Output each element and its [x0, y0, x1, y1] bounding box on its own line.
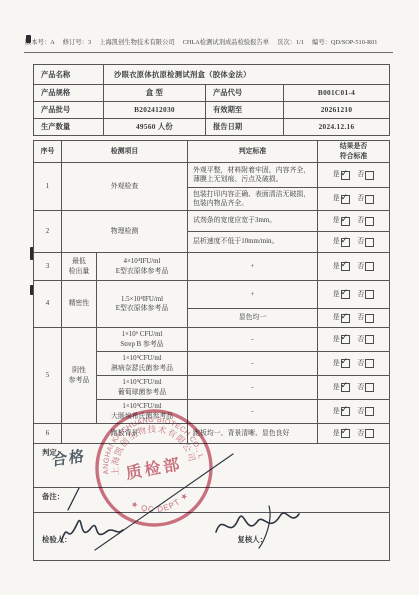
no-label: 否	[357, 290, 364, 299]
verdict-row: 判定：	[34, 444, 390, 488]
sample-cell: 1×10⁵CFU/ml 淋病奈瑟氏菌参考品	[97, 352, 188, 376]
table-header-row: 序号 检测项目 判定标准 结果是否 符合标准	[34, 141, 390, 163]
standard-cell: 跑板均一、背景清晰、显色良好	[188, 424, 318, 444]
report-date-value: 2024.12.16	[284, 119, 390, 136]
checkbox-yes-checked	[341, 217, 350, 226]
result-cell: 是 否	[318, 188, 390, 211]
no-label: 否	[357, 170, 364, 179]
standard-cell: +	[188, 253, 318, 281]
table-row: 生产数量 49560 人份 报告日期 2024.12.16	[34, 119, 390, 136]
product-name-value: 沙眼衣原体抗原检测试剂盒（胶体金法）	[104, 65, 390, 85]
item-physical: 物理检测	[62, 211, 188, 253]
checkbox-yes-checked	[341, 290, 350, 299]
result-cell: 是 否	[318, 232, 390, 253]
no-label: 否	[357, 216, 364, 225]
no-label: 否	[357, 237, 364, 246]
result-cell: 是 否	[318, 328, 390, 352]
standard-cell: 层析速度不低于10mm/min。	[188, 232, 318, 253]
yes-label: 是	[333, 262, 340, 271]
table-row: 4 精密性 1.5×10⁴IFU/ml E型衣原体参考品 + 是 否	[34, 281, 390, 309]
product-spec-value: 盒 型	[104, 85, 206, 102]
checkbox-yes-checked	[341, 359, 350, 368]
product-info-table: 产品名称 沙眼衣原体抗原检测试剂盒（胶体金法） 产品规格 盒 型 产品代号 B0…	[33, 64, 390, 136]
checkbox-yes-checked	[341, 195, 350, 204]
checkbox-yes-checked	[341, 314, 350, 323]
checkbox-yes-checked	[341, 383, 350, 392]
yes-label: 是	[333, 170, 340, 179]
sample-cell: 1×10⁶ CFU/ml Strep B 参考品	[97, 328, 188, 352]
inspector-label: 检验人：	[42, 535, 72, 545]
col-item-header: 检测项目	[62, 141, 188, 163]
standard-cell: -	[188, 376, 318, 400]
scan-artifact	[26, 35, 31, 43]
document-header-line: 版本号：A 修订号：3 上海凯创生物技术有限公司 CHLA检测试剂成品检验报告单…	[25, 37, 395, 46]
inspection-table: 序号 检测项目 判定标准 结果是否 符合标准 1 外观检查 外观平整，材料附着牢…	[33, 140, 390, 561]
checkbox-yes-checked	[341, 335, 350, 344]
no-label: 否	[357, 407, 364, 416]
row-no: 6	[34, 424, 62, 444]
standard-cell: 试剂条的宽度应宽于3mm。	[188, 211, 318, 232]
result-cell: 是 否	[318, 163, 390, 188]
standard-cell: -	[188, 352, 318, 376]
checkbox-yes-checked	[341, 171, 350, 180]
table-row: 产品批号 B202412030 有效期至 20261210	[34, 102, 390, 119]
yes-label: 是	[333, 194, 340, 203]
company-name: 上海凯创生物技术有限公司	[99, 37, 175, 46]
checkbox-no	[365, 429, 374, 438]
result-cell: 是 否	[318, 281, 390, 309]
sample-cell: 4×10⁴IFU/ml E型衣原体参考品	[97, 253, 188, 281]
revision-label: 修订号：3	[63, 37, 91, 46]
sample-cell: 1×10⁵CFU/ml 葡萄球菌参考品	[97, 376, 188, 400]
checkbox-yes-checked	[341, 262, 350, 271]
checkbox-no	[365, 314, 374, 323]
quantity-label: 生产数量	[34, 119, 104, 136]
remark-row: 备注：	[34, 488, 390, 513]
table-row: 产品规格 盒 型 产品代号 B001C01-4	[34, 85, 390, 102]
row-no: 5	[34, 328, 62, 424]
row-no: 4	[34, 281, 62, 328]
result-cell: 是 否	[318, 309, 390, 328]
yes-label: 是	[333, 383, 340, 392]
item-negative-reference: 阴性 参考品	[62, 328, 97, 424]
expiry-label: 有效期至	[206, 102, 284, 119]
checkbox-yes-checked	[341, 238, 350, 247]
item-background: 跑板背景	[62, 424, 188, 444]
document-number: 编号：QD/SOP-510-R01	[312, 37, 377, 46]
sample-cell: 1×10⁵CFU/ml 大肠埃希氏菌参考品	[97, 400, 188, 424]
batch-value: B202412030	[104, 102, 206, 119]
checkbox-no	[365, 171, 374, 180]
batch-label: 产品批号	[34, 102, 104, 119]
yes-label: 是	[333, 216, 340, 225]
table-row: 2 物理检测 试剂条的宽度应宽于3mm。 是 否	[34, 211, 390, 232]
yes-label: 是	[333, 429, 340, 438]
no-label: 否	[357, 429, 364, 438]
yes-label: 是	[333, 335, 340, 344]
yes-label: 是	[333, 313, 340, 322]
product-spec-label: 产品规格	[34, 85, 104, 102]
result-cell: 是 否	[318, 400, 390, 424]
header-rule	[24, 52, 393, 53]
checkbox-no	[365, 290, 374, 299]
checkbox-no	[365, 262, 374, 271]
checkbox-no	[365, 195, 374, 204]
item-precision: 精密性	[62, 281, 97, 328]
col-result-header: 结果是否 符合标准	[318, 141, 390, 163]
result-cell: 是 否	[318, 352, 390, 376]
product-name-label: 产品名称	[34, 65, 104, 85]
checkbox-no	[365, 217, 374, 226]
no-label: 否	[357, 335, 364, 344]
result-cell: 是 否	[318, 376, 390, 400]
yes-label: 是	[333, 290, 340, 299]
product-code-value: B001C01-4	[284, 85, 390, 102]
checkbox-yes-checked	[341, 429, 350, 438]
item-appearance: 外观检查	[62, 163, 188, 211]
form-title: CHLA检测试剂成品检验报告单	[183, 37, 269, 46]
standard-cell: +	[188, 281, 318, 309]
no-label: 否	[357, 313, 364, 322]
verdict-label: 判定：	[34, 444, 390, 488]
yes-label: 是	[333, 237, 340, 246]
standard-cell: 外观平整，材料附着牢固，内容齐全，薄膜上无划痕、污点及破损。	[188, 163, 318, 188]
checkbox-no	[365, 359, 374, 368]
signature-row: 检验人： 复核人：	[34, 513, 390, 561]
remark-label: 备注：	[34, 488, 390, 513]
scanned-report-page: 版本号：A 修订号：3 上海凯创生物技术有限公司 CHLA检测试剂成品检验报告单…	[0, 0, 419, 595]
yes-label: 是	[333, 407, 340, 416]
table-row: 3 最低 检出量 4×10⁴IFU/ml E型衣原体参考品 + 是 否	[34, 253, 390, 281]
col-standard-header: 判定标准	[188, 141, 318, 163]
result-cell: 是 否	[318, 424, 390, 444]
no-label: 否	[357, 262, 364, 271]
row-no: 2	[34, 211, 62, 253]
row-no: 1	[34, 163, 62, 211]
no-label: 否	[357, 383, 364, 392]
no-label: 否	[357, 359, 364, 368]
quantity-value: 49560 人份	[104, 119, 206, 136]
table-row: 5 阴性 参考品 1×10⁶ CFU/ml Strep B 参考品 - 是 否	[34, 328, 390, 352]
report-date-label: 报告日期	[206, 119, 284, 136]
standard-cell: 包装打印内容正确、表面清洁无破损，包装内物品齐全。	[188, 188, 318, 211]
table-row: 1 外观检查 外观平整，材料附着牢固，内容齐全，薄膜上无划痕、污点及破损。 是 …	[34, 163, 390, 188]
standard-cell: 显色均一	[188, 309, 318, 328]
product-code-label: 产品代号	[206, 85, 284, 102]
checkbox-no	[365, 238, 374, 247]
checkbox-yes-checked	[341, 407, 350, 416]
no-label: 否	[357, 194, 364, 203]
col-no-header: 序号	[34, 141, 62, 163]
result-cell: 是 否	[318, 211, 390, 232]
table-row: 6 跑板背景 跑板均一、背景清晰、显色良好 是 否	[34, 424, 390, 444]
table-row: 产品名称 沙眼衣原体抗原检测试剂盒（胶体金法）	[34, 65, 390, 85]
reviewer-label: 复核人：	[238, 535, 268, 545]
checkbox-no	[365, 335, 374, 344]
item-detection-limit: 最低 检出量	[62, 253, 97, 281]
expiry-value: 20261210	[284, 102, 390, 119]
checkbox-no	[365, 383, 374, 392]
result-cell: 是 否	[318, 253, 390, 281]
standard-cell: -	[188, 328, 318, 352]
standard-cell: -	[188, 400, 318, 424]
sample-cell: 1.5×10⁴IFU/ml E型衣原体参考品	[97, 281, 188, 328]
yes-label: 是	[333, 359, 340, 368]
page-number: 页次：1/1	[277, 37, 304, 46]
checkbox-no	[365, 407, 374, 416]
row-no: 3	[34, 253, 62, 281]
